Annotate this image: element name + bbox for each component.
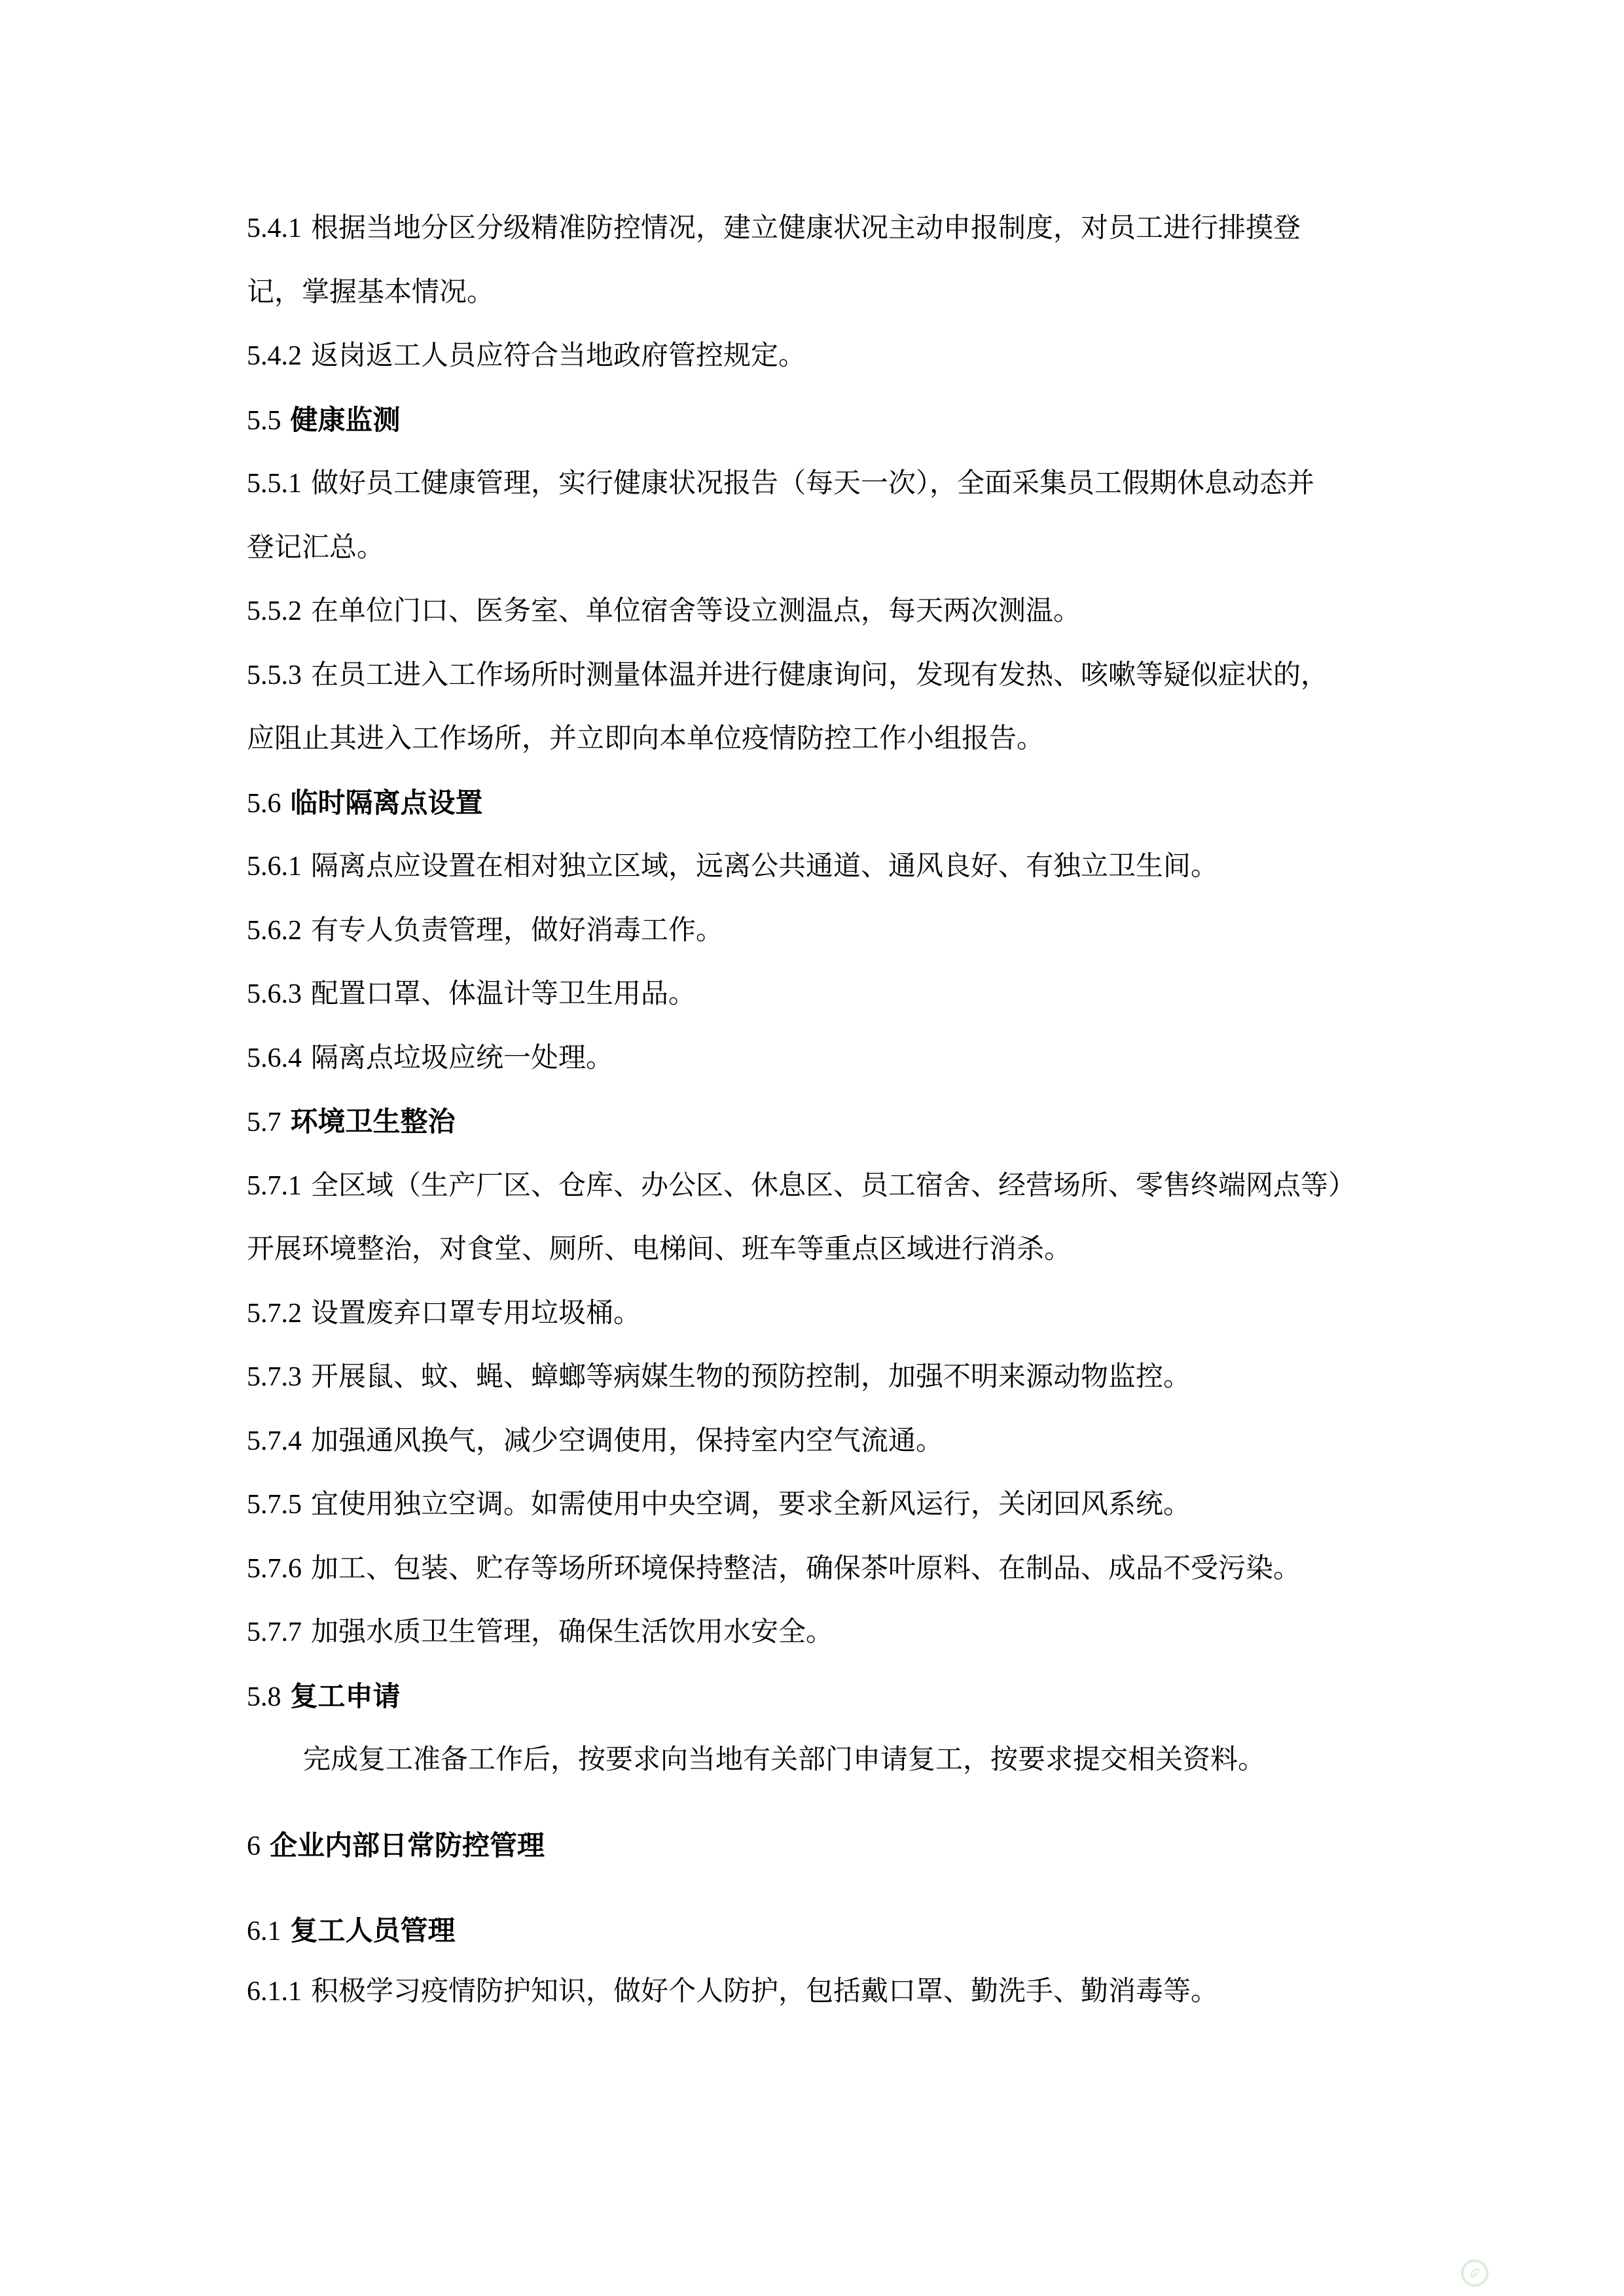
clause-5-5-2: 5.5.2在单位门口、医务室、单位宿舍等设立测温点，每天两次测温。 — [247, 592, 1081, 631]
clause-number: 5.5.2 — [247, 596, 302, 626]
section-number: 5.7 — [247, 1107, 281, 1138]
clause-5-4-1: 5.4.1根据当地分区分级精准防控情况，建立健康状况主动申报制度，对员工进行排摸… — [247, 209, 1301, 248]
clause-number: 5.7.7 — [247, 1617, 302, 1647]
clause-number: 5.6.3 — [247, 979, 302, 1009]
clause-text: 加强通风换气，减少空调使用，保持室内空气流通。 — [311, 1426, 943, 1456]
section-number: 6.1 — [247, 1916, 281, 1946]
clause-text: 返岗返工人员应符合当地政府管控规定。 — [311, 341, 806, 371]
clause-6-1-1: 6.1.1积极学习疫情防护知识，做好个人防护，包括戴口罩、勤洗手、勤消毒等。 — [247, 1972, 1218, 2011]
clause-text: 设置废弃口罩专用垃圾桶。 — [311, 1299, 641, 1329]
clause-number: 5.5.3 — [247, 660, 302, 691]
section-title: 环境卫生整治 — [291, 1105, 456, 1138]
section-title: 复工申请 — [291, 1680, 401, 1712]
clause-text: 积极学习疫情防护知识，做好个人防护，包括戴口罩、勤洗手、勤消毒等。 — [311, 1977, 1218, 2007]
clause-5-6-1: 5.6.1隔离点应设置在相对独立区域，远离公共通道、通风良好、有独立卫生间。 — [247, 847, 1218, 886]
clause-5-6-4: 5.6.4隔离点垃圾应统一处理。 — [247, 1039, 613, 1078]
clause-text: 登记汇总。 — [247, 533, 384, 563]
section-number: 5.6 — [247, 789, 281, 819]
chapter-title: 企业内部日常防控管理 — [270, 1829, 545, 1861]
clause-number: 5.7.5 — [247, 1490, 302, 1520]
clause-text: 开展鼠、蚊、蝇、蟑螂等病媒生物的预防控制，加强不明来源动物监控。 — [311, 1362, 1191, 1392]
clause-text: 开展环境整治，对食堂、厕所、电梯间、班车等重点区域进行消杀。 — [247, 1234, 1072, 1265]
leaf-seal-icon — [1461, 2259, 1489, 2287]
clause-5-6-2: 5.6.2有专人负责管理，做好消毒工作。 — [247, 911, 723, 950]
section-number: 5.8 — [247, 1682, 281, 1712]
section-number: 5.5 — [247, 406, 281, 436]
clause-continuation: 应阻止其进入工作场所，并立即向本单位疫情防控工作小组报告。 — [247, 719, 1044, 759]
section-heading-5-6: 5.6临时隔离点设置 — [247, 783, 483, 823]
clause-5-6-3: 5.6.3配置口罩、体温计等卫生用品。 — [247, 975, 696, 1014]
clause-text: 全区域（生产厂区、仓库、办公区、休息区、员工宿舍、经营场所、零售终端网点等） — [311, 1171, 1356, 1201]
clause-number: 5.6.4 — [247, 1043, 302, 1073]
paragraph-indented: 完成复工准备工作后，按要求向当地有关部门申请复工，按要求提交相关资料。 — [303, 1740, 1265, 1780]
clause-number: 5.6.2 — [247, 916, 302, 946]
clause-continuation: 记，掌握基本情况。 — [247, 273, 494, 312]
clause-number: 6.1.1 — [247, 1977, 302, 2007]
clause-5-7-6: 5.7.6加工、包装、贮存等场所环境保持整洁，确保茶叶原料、在制品、成品不受污染… — [247, 1549, 1301, 1588]
chapter-heading-6: 6企业内部日常防控管理 — [247, 1826, 545, 1865]
section-title: 复工人员管理 — [291, 1914, 456, 1946]
section-heading-6-1: 6.1复工人员管理 — [247, 1911, 456, 1950]
section-title: 健康监测 — [291, 404, 401, 436]
section-heading-5-7: 5.7环境卫生整治 — [247, 1102, 456, 1141]
clause-5-7-3: 5.7.3开展鼠、蚊、蝇、蟑螂等病媒生物的预防控制，加强不明来源动物监控。 — [247, 1357, 1191, 1397]
clause-number: 5.5.1 — [247, 469, 302, 499]
clause-text: 根据当地分区分级精准防控情况，建立健康状况主动申报制度，对员工进行排摸登 — [311, 213, 1301, 243]
clause-text: 宜使用独立空调。如需使用中央空调，要求全新风运行，关闭回风系统。 — [311, 1490, 1191, 1520]
clause-5-5-3: 5.5.3在员工进入工作场所时测量体温并进行健康询问，发现有发热、咳嗽等疑似症状… — [247, 656, 1328, 695]
clause-5-7-4: 5.7.4加强通风换气，减少空调使用，保持室内空气流通。 — [247, 1422, 943, 1461]
clause-text: 记，掌握基本情况。 — [247, 278, 494, 308]
clause-text: 做好员工健康管理，实行健康状况报告（每天一次），全面采集员工假期休息动态并 — [311, 469, 1314, 499]
clause-number: 5.6.1 — [247, 852, 302, 882]
clause-5-7-5: 5.7.5宜使用独立空调。如需使用中央空调，要求全新风运行，关闭回风系统。 — [247, 1485, 1191, 1524]
clause-5-7-7: 5.7.7加强水质卫生管理，确保生活饮用水安全。 — [247, 1613, 833, 1652]
clause-number: 5.4.1 — [247, 213, 302, 243]
clause-text: 配置口罩、体温计等卫生用品。 — [311, 979, 696, 1009]
clause-text: 加强水质卫生管理，确保生活饮用水安全。 — [311, 1617, 833, 1647]
paragraph-text: 完成复工准备工作后，按要求向当地有关部门申请复工，按要求提交相关资料。 — [303, 1745, 1265, 1775]
clause-text: 隔离点应设置在相对独立区域，远离公共通道、通风良好、有独立卫生间。 — [311, 852, 1218, 882]
section-heading-5-5: 5.5健康监测 — [247, 401, 401, 440]
clause-text: 隔离点垃圾应统一处理。 — [311, 1043, 613, 1073]
chapter-number: 6 — [247, 1831, 261, 1861]
clause-number: 5.7.2 — [247, 1299, 302, 1329]
section-heading-5-8: 5.8复工申请 — [247, 1677, 401, 1716]
clause-number: 5.7.3 — [247, 1362, 302, 1392]
section-title: 临时隔离点设置 — [291, 787, 483, 819]
clause-number: 5.7.4 — [247, 1426, 302, 1456]
clause-text: 有专人负责管理，做好消毒工作。 — [311, 916, 723, 946]
document-page: 5.4.1根据当地分区分级精准防控情况，建立健康状况主动申报制度，对员工进行排摸… — [0, 0, 1624, 2296]
clause-number: 5.7.6 — [247, 1554, 302, 1584]
clause-5-7-2: 5.7.2设置废弃口罩专用垃圾桶。 — [247, 1294, 641, 1333]
clause-5-5-1: 5.5.1做好员工健康管理，实行健康状况报告（每天一次），全面采集员工假期休息动… — [247, 464, 1314, 503]
clause-continuation: 登记汇总。 — [247, 528, 384, 567]
clause-number: 5.4.2 — [247, 341, 302, 371]
clause-5-7-1: 5.7.1全区域（生产厂区、仓库、办公区、休息区、员工宿舍、经营场所、零售终端网… — [247, 1166, 1356, 1206]
clause-number: 5.7.1 — [247, 1171, 302, 1201]
clause-text: 在员工进入工作场所时测量体温并进行健康询问，发现有发热、咳嗽等疑似症状的， — [311, 660, 1328, 691]
clause-5-4-2: 5.4.2返岗返工人员应符合当地政府管控规定。 — [247, 336, 806, 376]
clause-text: 在单位门口、医务室、单位宿舍等设立测温点，每天两次测温。 — [311, 596, 1081, 626]
clause-continuation: 开展环境整治，对食堂、厕所、电梯间、班车等重点区域进行消杀。 — [247, 1230, 1072, 1269]
clause-text: 应阻止其进入工作场所，并立即向本单位疫情防控工作小组报告。 — [247, 724, 1044, 754]
clause-text: 加工、包装、贮存等场所环境保持整洁，确保茶叶原料、在制品、成品不受污染。 — [311, 1554, 1301, 1584]
